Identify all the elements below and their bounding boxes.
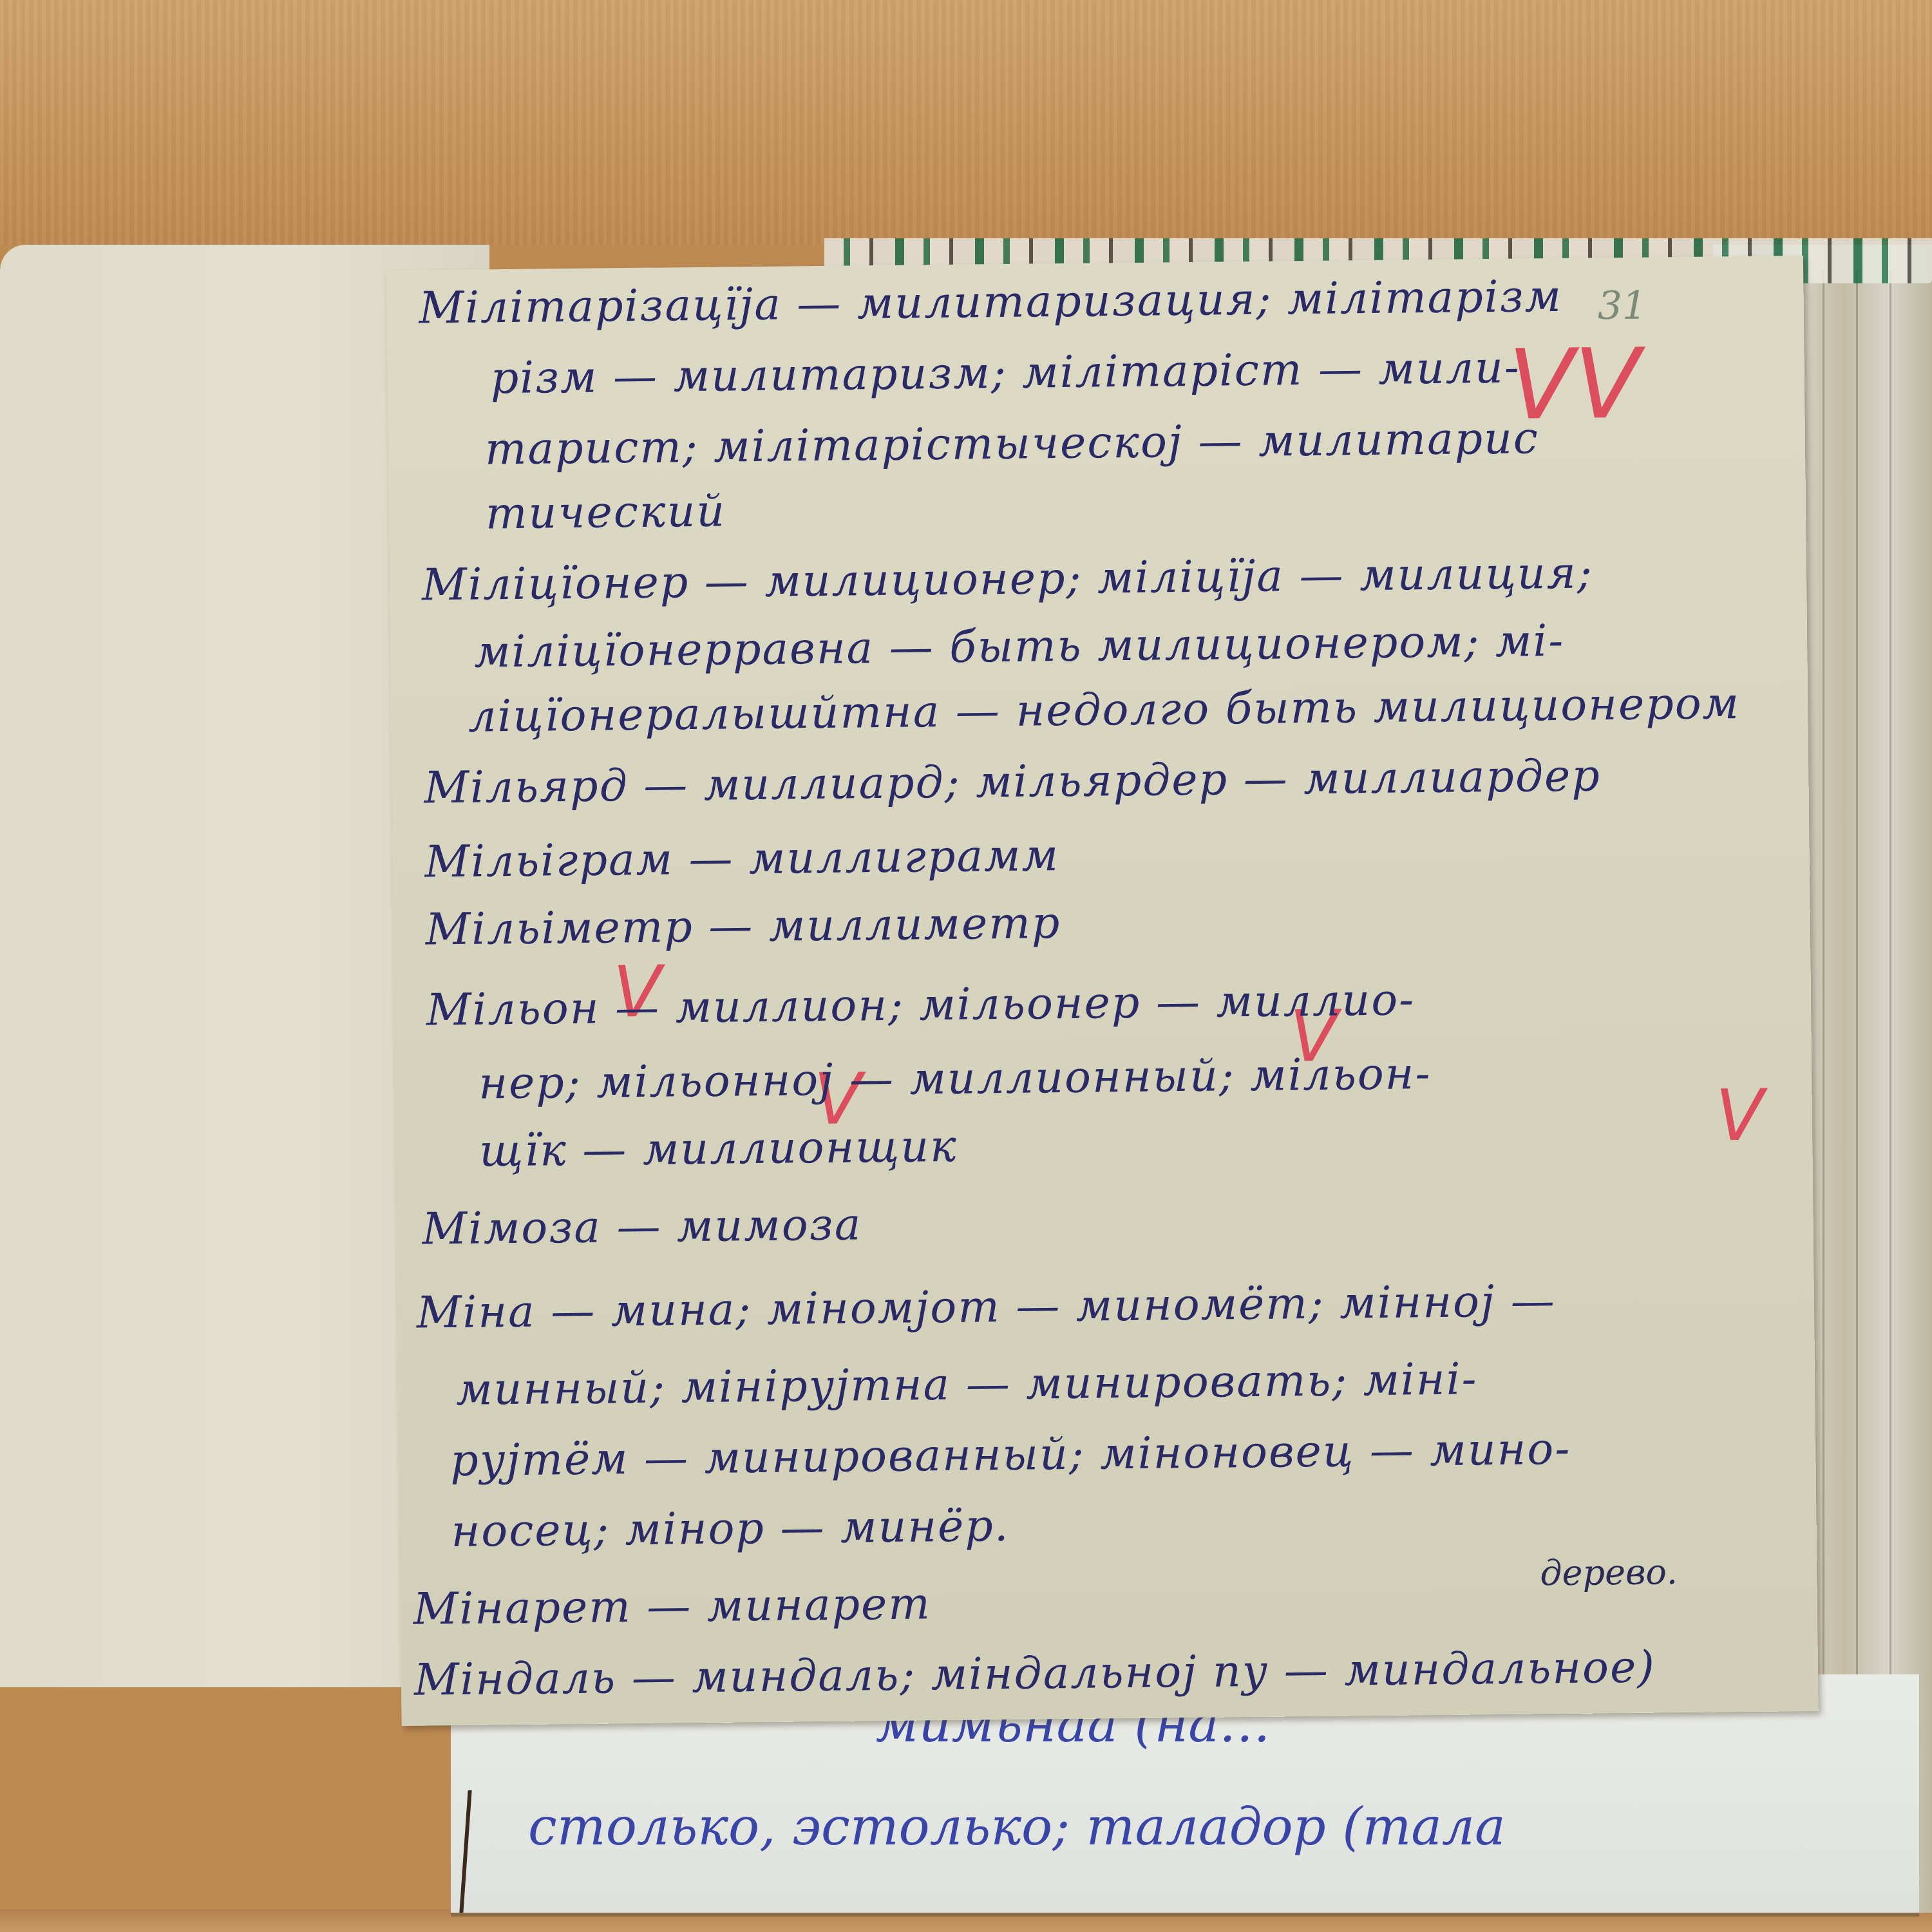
wooden-desk-background: [0, 0, 1932, 245]
entry-line: рујтём — минированный; міноновец — мино-: [450, 1424, 1571, 1486]
underlying-text-line-2: столько, эстолько; таладор (тала: [528, 1797, 1506, 1857]
page-number: 31: [1597, 283, 1647, 329]
entry-line: міліцїонерравна — быть милиционером; мі-: [474, 616, 1565, 678]
red-check-mark-icon: V: [1715, 1074, 1765, 1157]
entry-line: щїк — миллионщик: [479, 1121, 958, 1177]
entry-line: минный; мінірујтна — минировать; міні-: [456, 1354, 1478, 1416]
entry-line: різм — милитаризм; мілітаріст — мили-: [490, 343, 1520, 404]
entry-line: Мілітарізацїја — милитаризация; мілітарі…: [419, 271, 1562, 334]
entry-line: Міліцїонер — милиционер; міліцїја — мили…: [422, 547, 1593, 611]
margin-note: дерево.: [1540, 1551, 1678, 1593]
entry-line: Мільярд — миллиард; мільярдер — миллиард…: [424, 750, 1601, 813]
entry-line: Мільіметр — миллиметр: [425, 898, 1061, 955]
entry-line: Міндаль — миндаль; міндальној пу — минда…: [414, 1642, 1656, 1705]
entry-line: нер; мільонној — миллионный; мільон-: [478, 1048, 1432, 1109]
entry-line: Мільон — миллион; мільонер — миллио-: [426, 974, 1416, 1036]
entry-line: ліцїонералышйтна — недолго быть милицион…: [468, 678, 1741, 743]
entry-line: Мімоза — мимоза: [422, 1199, 862, 1255]
entry-line: Міна — мина; міномјот — миномёт; мінној …: [417, 1276, 1557, 1339]
entry-line: тарист; мілітарістыческој — милитарис: [485, 413, 1540, 475]
entry-line: тический: [486, 486, 726, 540]
entry-line: Мінарет — минарет: [413, 1578, 931, 1634]
entry-line: Мільіграм — миллиграмм: [424, 830, 1059, 887]
entry-line: носец; мінор — минёр.: [451, 1501, 1010, 1557]
dictionary-card: 31 VV V V V V Мілітарізацїја — милитариз…: [386, 256, 1819, 1726]
